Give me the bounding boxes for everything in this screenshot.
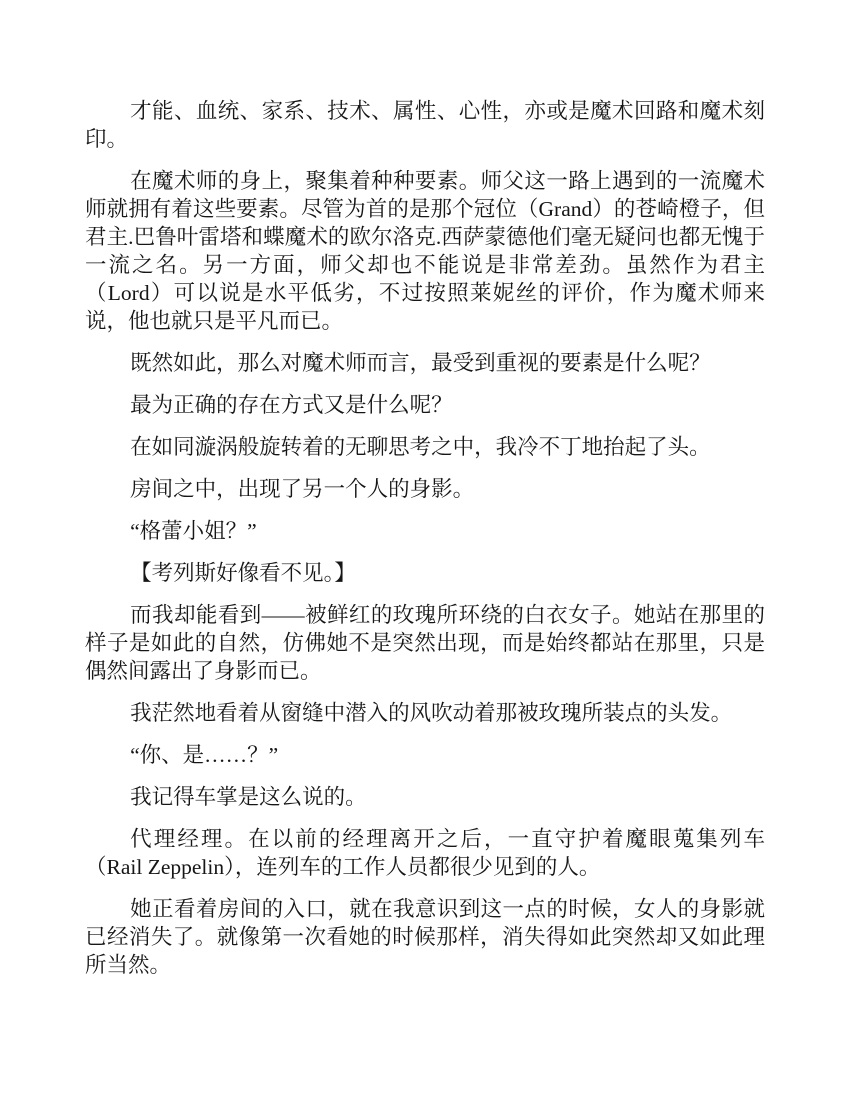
paragraph: 在魔术师的身上，聚集着种种要素。师父这一路上遇到的一流魔术师就拥有着这些要素。尽… <box>85 167 765 335</box>
document-page: 才能、血统、家系、技术、属性、心性，亦或是魔术回路和魔术刻印。在魔术师的身上，聚… <box>0 0 850 1100</box>
paragraph: 才能、血统、家系、技术、属性、心性，亦或是魔术回路和魔术刻印。 <box>85 97 765 153</box>
paragraph: 而我却能看到——被鲜红的玫瑰所环绕的白衣女子。她站在那里的样子是如此的自然，仿佛… <box>85 601 765 685</box>
paragraph: 房间之中，出现了另一个人的身影。 <box>85 475 765 503</box>
paragraph: “格蕾小姐？” <box>85 517 765 545</box>
paragraph: 【考列斯好像看不见。】 <box>85 559 765 587</box>
paragraph: 我茫然地看着从窗缝中潜入的风吹动着那被玫瑰所装点的头发。 <box>85 699 765 727</box>
paragraph: 既然如此，那么对魔术师而言，最受到重视的要素是什么呢？ <box>85 349 765 377</box>
paragraph: 在如同漩涡般旋转着的无聊思考之中，我冷不丁地抬起了头。 <box>85 433 765 461</box>
paragraph: 我记得车掌是这么说的。 <box>85 783 765 811</box>
text-column: 才能、血统、家系、技术、属性、心性，亦或是魔术回路和魔术刻印。在魔术师的身上，聚… <box>0 0 850 979</box>
paragraph: 代理经理。在以前的经理离开之后，一直守护着魔眼蒐集列车（Rail Zeppeli… <box>85 825 765 881</box>
paragraph: “你、是……？” <box>85 741 765 769</box>
paragraph: 最为正确的存在方式又是什么呢？ <box>85 391 765 419</box>
paragraph: 她正看着房间的入口，就在我意识到这一点的时候，女人的身影就已经消失了。就像第一次… <box>85 895 765 979</box>
